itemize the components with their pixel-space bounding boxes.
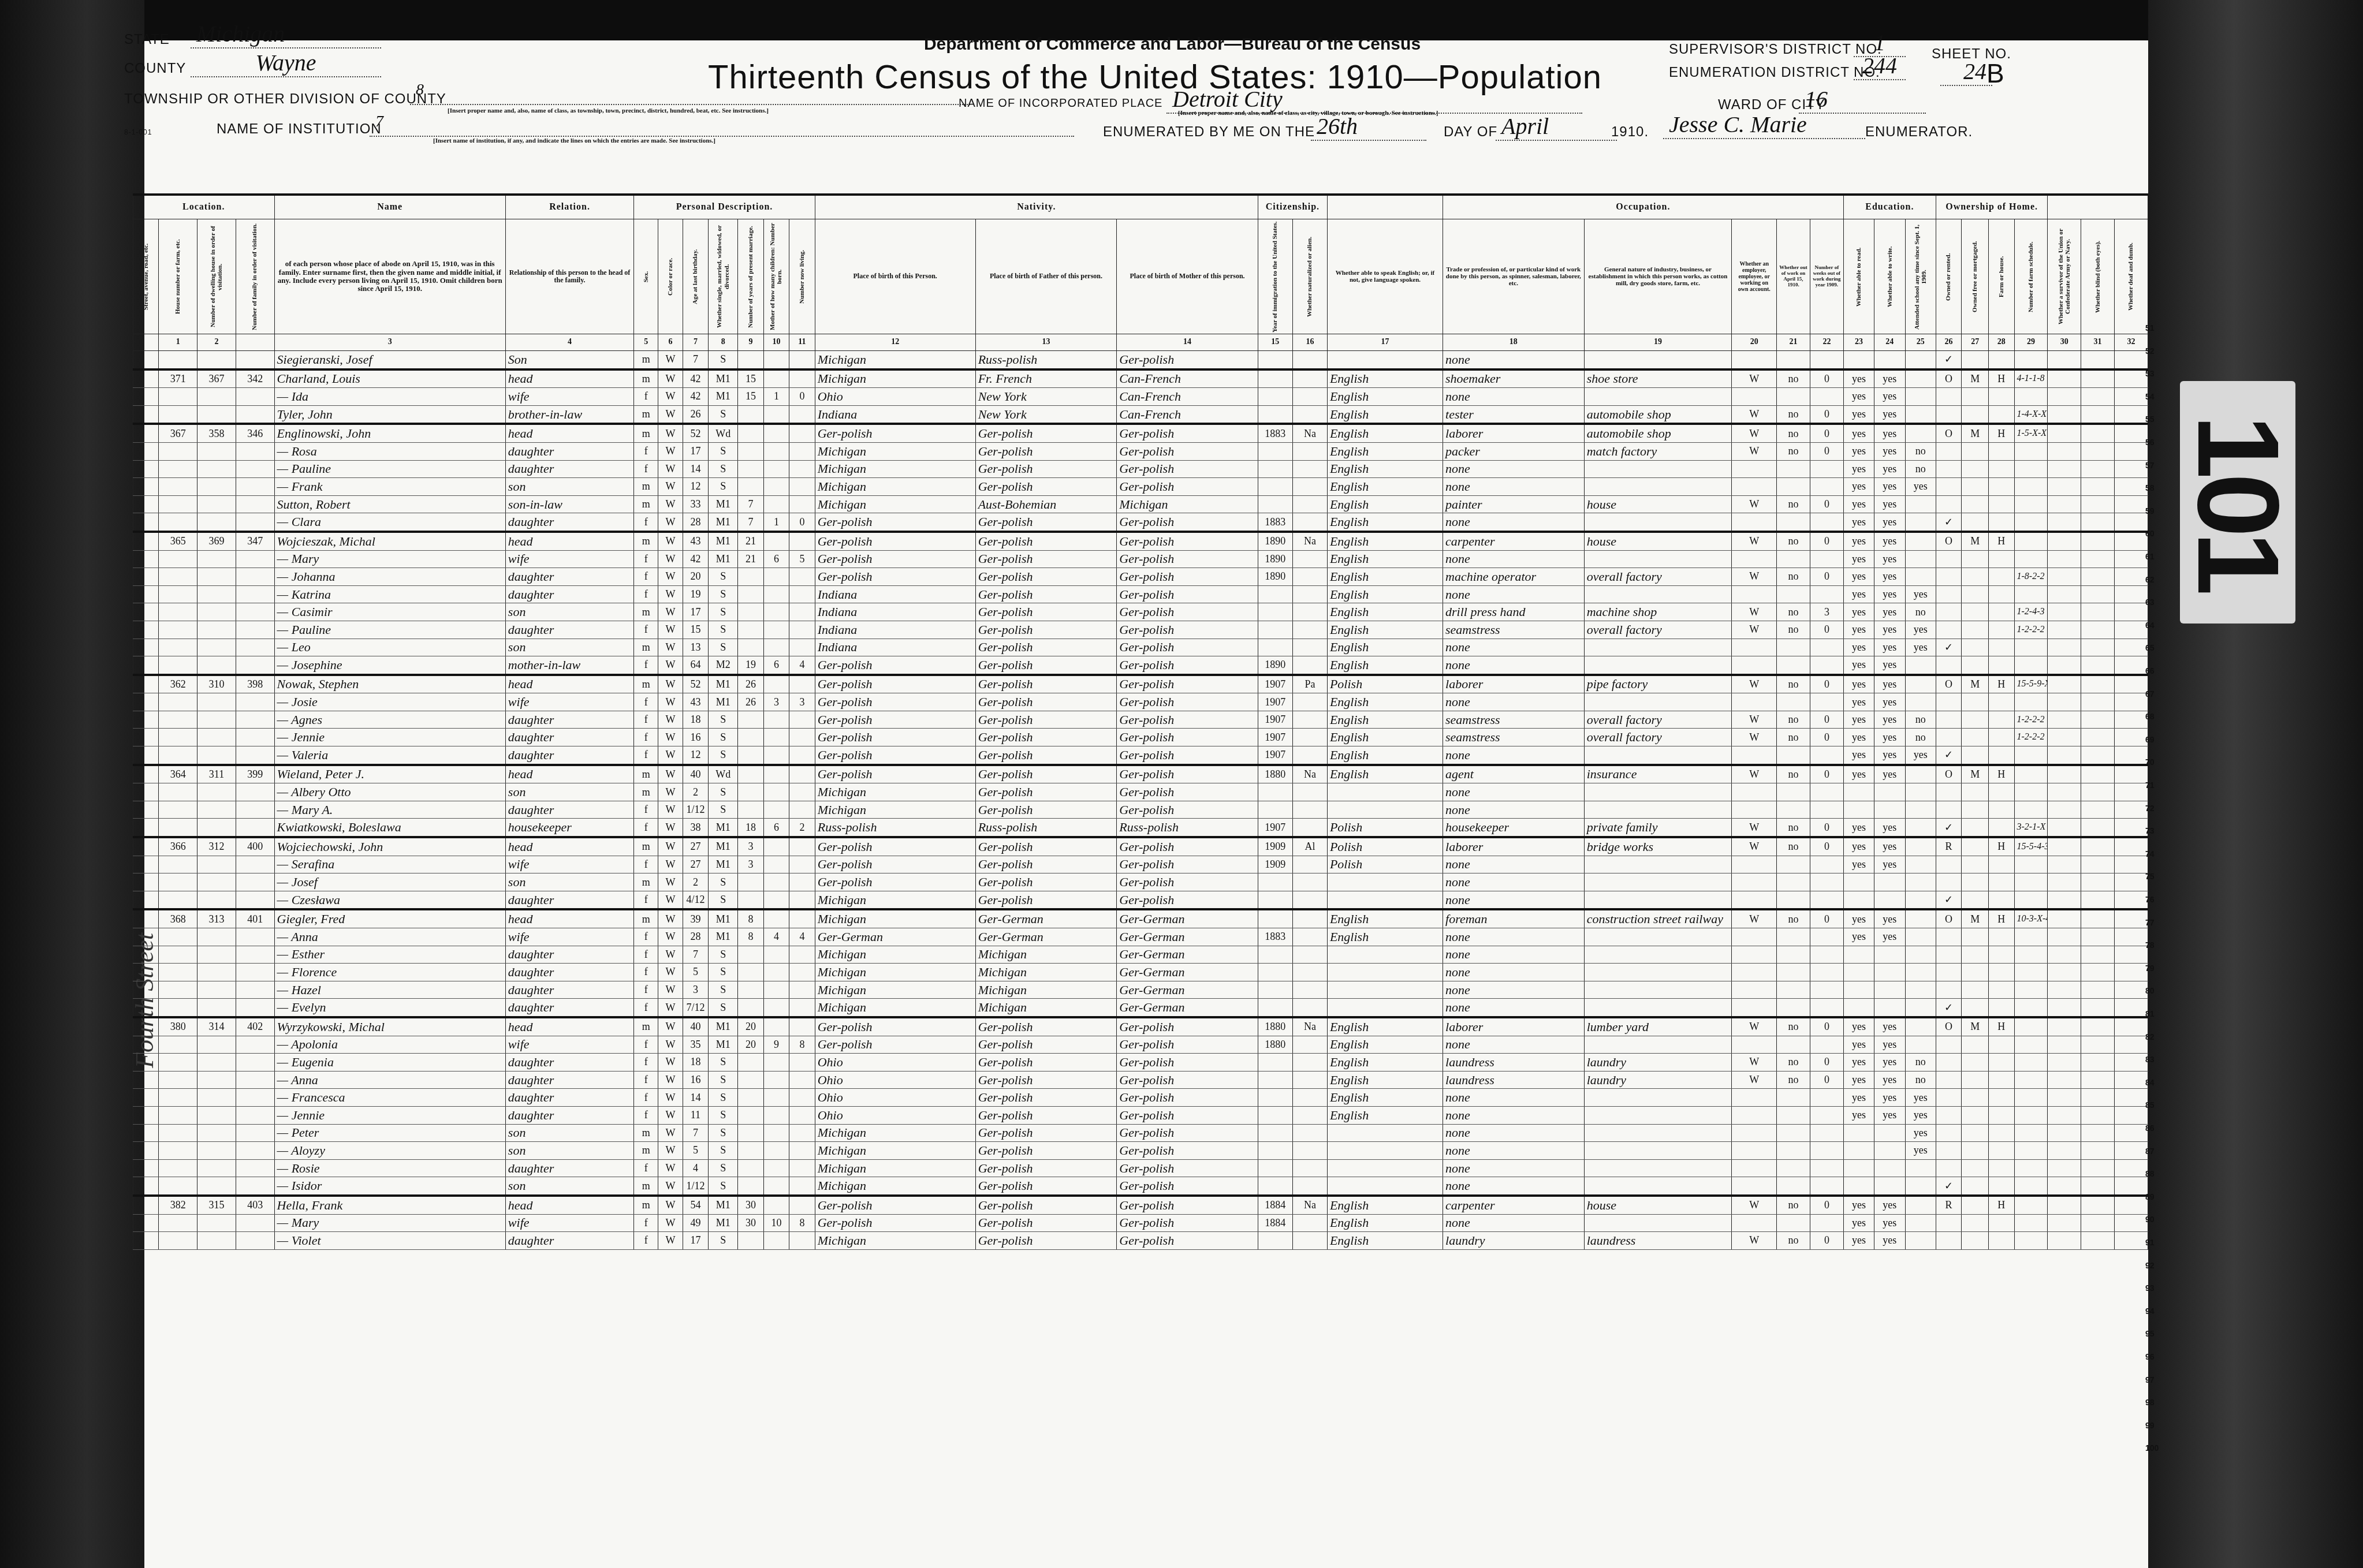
cell-school [1905,693,1936,711]
cell-school: yes [1905,1106,1936,1124]
cell-sched [2014,656,2048,675]
cell-emp: W [1732,675,1777,693]
cell-emp: W [1732,1054,1777,1072]
cell-family [236,405,274,424]
census-row: — AloyzysonmW5SMichiganGer-polishGer-pol… [133,1142,2148,1160]
cell-marital: S [709,639,738,656]
cell-sex: m [634,1124,658,1142]
cell-school [1905,964,1936,981]
cell-marital: M1 [709,675,738,693]
col-sex: Sex. [634,219,658,334]
cell-street [133,1196,159,1214]
line-number: 95 [2145,1329,2155,1338]
cell-out [1777,946,1810,964]
cell-fatherbirth: Ger-polish [975,603,1117,621]
cell-name: — Apolonia [274,1036,505,1054]
cell-nat [1292,405,1327,424]
cell-farm [1989,603,2014,621]
cell-school: yes [1905,1142,1936,1160]
cell-yrsmarried [738,478,763,496]
cell-trade: seamstress [1443,711,1585,729]
census-row: Sutton, Robertson-in-lawmW33M17MichiganA… [133,495,2148,513]
cell-d [2114,891,2148,909]
cell-sched [2014,856,2048,873]
census-row: — MarywifefW42M12165Ger-polishGer-polish… [133,550,2148,568]
cell-v [2048,783,2081,801]
cell-yrsmarried [738,765,763,783]
cell-living [789,532,815,550]
cell-industry [1584,1124,1732,1142]
cell-industry: automobile shop [1584,424,1732,442]
enumerated-label: Enumerated by me on the [1103,124,1315,140]
cell-emp: W [1732,603,1777,621]
cell-house: 362 [159,675,197,693]
cell-school [1905,909,1936,928]
cell-v [2048,442,2081,460]
cell-trade: none [1443,964,1585,981]
cell-farm [1989,1232,2014,1250]
enumerated-day: 26th [1311,113,1426,141]
cell-yrsmarried [738,729,763,746]
cell-own [1936,1214,1961,1232]
cell-sex: f [634,891,658,909]
cell-family [236,1159,274,1177]
cell-write [1874,801,1905,819]
cell-english: English [1327,405,1443,424]
cell-farm [1989,1214,2014,1232]
cell-nat [1292,909,1327,928]
cell-out [1777,801,1810,819]
cell-free [1962,693,1989,711]
cell-race: W [658,1124,683,1142]
cell-marital: S [709,1089,738,1107]
cell-own [1936,1054,1961,1072]
cell-farm: H [1989,837,2014,856]
cell-own [1936,1036,1961,1054]
col-years-married: Number of years of present marriage. [738,219,763,334]
cell-house [159,981,197,999]
column-number: 31 [2081,334,2115,351]
cell-house [159,442,197,460]
cell-trade: none [1443,1089,1585,1107]
cell-relation: daughter [505,999,633,1017]
cell-trade: foreman [1443,909,1585,928]
column-number: 28 [1989,334,2014,351]
cell-yrsmarried [738,351,763,369]
cell-industry: machine shop [1584,603,1732,621]
cell-marital: M1 [709,1017,738,1036]
cell-relation: head [505,424,633,442]
line-number: 91 [2145,1238,2155,1247]
cell-race: W [658,495,683,513]
cell-born [763,1177,789,1196]
cell-write [1874,1124,1905,1142]
cell-family [236,1089,274,1107]
cell-free: M [1962,909,1989,928]
cell-born [763,568,789,586]
cell-street [133,532,159,550]
cell-industry: overall factory [1584,621,1732,639]
cell-school [1905,550,1936,568]
cell-name: — Esther [274,946,505,964]
cell-race: W [658,442,683,460]
cell-house [159,513,197,532]
cell-dwelling [197,856,236,873]
line-number: 99 [2145,1421,2155,1430]
cell-motherbirth: Ger-German [1117,928,1258,946]
cell-v [2048,1124,2081,1142]
cell-free [1962,1159,1989,1177]
cell-immig [1258,460,1292,478]
cell-b [2081,1036,2115,1054]
cell-free [1962,388,1989,406]
line-number: 65 [2145,643,2155,652]
cell-dwelling [197,964,236,981]
cell-name: Wieland, Peter J. [274,765,505,783]
cell-yrsmarried: 20 [738,1017,763,1036]
census-row: — JosiewifefW43M12633Ger-polishGer-polis… [133,693,2148,711]
cell-trade: none [1443,550,1585,568]
cell-born [763,1017,789,1036]
cell-nat [1292,1106,1327,1124]
cell-living [789,495,815,513]
line-number: 66 [2145,666,2155,675]
cell-trade: none [1443,1177,1585,1196]
cell-own [1936,783,1961,801]
census-row: Tyler, Johnbrother-in-lawmW26SIndianaNew… [133,405,2148,424]
cell-d [2114,1054,2148,1072]
group-personal: Personal Description. [634,195,815,219]
cell-industry [1584,1159,1732,1177]
cell-read [1843,891,1874,909]
cell-motherbirth: Ger-German [1117,999,1258,1017]
cell-b [2081,999,2115,1017]
cell-race: W [658,1017,683,1036]
cell-v [2048,1017,2081,1036]
cell-free [1962,873,1989,891]
cell-industry: bridge works [1584,837,1732,856]
cell-house: 371 [159,369,197,388]
cell-v [2048,369,2081,388]
cell-farm [1989,639,2014,656]
cell-name: — Czesława [274,891,505,909]
cell-motherbirth: Can-French [1117,405,1258,424]
cell-marital: S [709,873,738,891]
cell-marital: S [709,1071,738,1089]
cell-own [1936,442,1961,460]
cell-motherbirth: Ger-polish [1117,873,1258,891]
cell-sex: m [634,424,658,442]
cell-farm [1989,442,2014,460]
cell-english: English [1327,928,1443,946]
cell-race: W [658,405,683,424]
cell-marital: M1 [709,819,738,837]
cell-own: ✓ [1936,351,1961,369]
cell-dwelling [197,495,236,513]
cell-school [1905,513,1936,532]
cell-immig: 1890 [1258,656,1292,675]
line-number: 88 [2145,1169,2155,1178]
cell-immig [1258,891,1292,909]
cell-b [2081,1017,2115,1036]
cell-relation: son [505,1142,633,1160]
column-number: 18 [1443,334,1585,351]
institution-instructions: [Insert name of institution, if any, and… [433,137,715,144]
cell-weeks: 0 [1810,442,1843,460]
cell-street [133,621,159,639]
cell-fatherbirth: Ger-polish [975,1159,1117,1177]
cell-read: yes [1843,1196,1874,1214]
cell-industry: insurance [1584,765,1732,783]
cell-v [2048,568,2081,586]
cell-name: Charland, Louis [274,369,505,388]
cell-name: Giegler, Fred [274,909,505,928]
col-children-living: Number now living. [789,219,815,334]
cell-write: yes [1874,837,1905,856]
cell-name: — Eugenia [274,1054,505,1072]
cell-age: 11 [683,1106,708,1124]
cell-nat [1292,729,1327,746]
cell-sex: f [634,656,658,675]
cell-race: W [658,513,683,532]
cell-nat [1292,1142,1327,1160]
cell-street [133,369,159,388]
cell-school [1905,495,1936,513]
cell-free [1962,964,1989,981]
group-citizenship: Citizenship. [1258,195,1327,219]
cell-age: 7/12 [683,999,708,1017]
cell-race: W [658,891,683,909]
cell-trade: housekeeper [1443,819,1585,837]
cell-born [763,585,789,603]
cell-relation: daughter [505,1089,633,1107]
cell-yrsmarried: 30 [738,1214,763,1232]
cell-marital: M1 [709,837,738,856]
cell-nat [1292,711,1327,729]
enumerator-name: Jesse C. Marie [1663,111,1865,139]
cell-v [2048,656,2081,675]
cell-name: — Mary [274,550,505,568]
cell-trade: drill press hand [1443,603,1585,621]
cell-sex: m [634,1017,658,1036]
cell-house [159,585,197,603]
cell-dwelling [197,478,236,496]
cell-family [236,1232,274,1250]
line-number: 75 [2145,872,2155,881]
cell-weeks: 3 [1810,603,1843,621]
cell-write: yes [1874,388,1905,406]
cell-dwelling: 315 [197,1196,236,1214]
cell-living [789,621,815,639]
cell-motherbirth: Ger-polish [1117,478,1258,496]
cell-write: yes [1874,856,1905,873]
cell-sched [2014,693,2048,711]
group-name: Name [274,195,505,219]
cell-fatherbirth: Ger-polish [975,1017,1117,1036]
cell-yrsmarried: 19 [738,656,763,675]
cell-immig [1258,801,1292,819]
census-row: 366312400Wojciechowski, JohnheadmW27M13G… [133,837,2148,856]
cell-emp: W [1732,1071,1777,1089]
cell-relation: wife [505,550,633,568]
cell-own [1936,801,1961,819]
cell-born: 4 [763,928,789,946]
cell-birth: Ger-polish [815,1036,975,1054]
cell-b [2081,1106,2115,1124]
cell-sched [2014,999,2048,1017]
cell-b [2081,1177,2115,1196]
cell-out: no [1777,1017,1810,1036]
cell-street [133,1214,159,1232]
cell-house [159,1232,197,1250]
cell-read [1843,981,1874,999]
cell-immig [1258,1124,1292,1142]
cell-out [1777,585,1810,603]
cell-motherbirth: Ger-polish [1117,1214,1258,1232]
cell-age: 1/12 [683,801,708,819]
cell-street [133,388,159,406]
cell-marital: S [709,1159,738,1177]
cell-farm [1989,1036,2014,1054]
cell-name: — Anna [274,1071,505,1089]
cell-living [789,1196,815,1214]
cell-living [789,964,815,981]
cell-v [2048,603,2081,621]
cell-english: English [1327,656,1443,675]
cell-family [236,621,274,639]
enumerated-month: April [1496,113,1617,141]
cell-born [763,1106,789,1124]
cell-trade: carpenter [1443,532,1585,550]
cell-age: 17 [683,442,708,460]
column-number: 23 [1843,334,1874,351]
cell-race: W [658,639,683,656]
cell-house [159,783,197,801]
column-number: 20 [1732,334,1777,351]
cell-fatherbirth: Ger-polish [975,783,1117,801]
cell-street [133,1106,159,1124]
cell-sex: f [634,729,658,746]
cell-farm [1989,550,2014,568]
census-row: — ClaradaughterfW28M1710Ger-polishGer-po… [133,513,2148,532]
cell-trade: laundress [1443,1054,1585,1072]
cell-emp: W [1732,1196,1777,1214]
cell-sched [2014,1124,2048,1142]
cell-yrsmarried [738,1054,763,1072]
cell-street [133,856,159,873]
cell-v [2048,819,2081,837]
cell-immig [1258,351,1292,369]
cell-out [1777,1177,1810,1196]
cell-motherbirth: Ger-polish [1117,424,1258,442]
cell-immig: 1907 [1258,819,1292,837]
cell-born [763,837,789,856]
cell-english: English [1327,729,1443,746]
cell-house [159,1177,197,1196]
cell-name: — Valeria [274,746,505,765]
cell-family [236,478,274,496]
cell-family [236,388,274,406]
cell-free [1962,1106,1989,1124]
cell-trade: none [1443,388,1585,406]
col-marital: Whether single, married, widowed, or div… [709,219,738,334]
cell-age: 5 [683,964,708,981]
cell-weeks: 0 [1810,532,1843,550]
cell-birth: Ger-polish [815,532,975,550]
cell-nat: Na [1292,1196,1327,1214]
cell-school: no [1905,1054,1936,1072]
cell-own [1936,928,1961,946]
cell-birth: Michigan [815,1159,975,1177]
cell-street [133,675,159,693]
cell-out [1777,928,1810,946]
cell-yrsmarried: 26 [738,693,763,711]
cell-nat [1292,351,1327,369]
cell-sex: m [634,532,658,550]
cell-industry [1584,1142,1732,1160]
col-language: Whether able to speak English; or, if no… [1327,219,1443,334]
cell-weeks [1810,1124,1843,1142]
cell-birth: Michigan [815,783,975,801]
column-number: 30 [2048,334,2081,351]
cell-born: 6 [763,656,789,675]
cell-read: yes [1843,856,1874,873]
line-number: 96 [2145,1352,2155,1361]
cell-house [159,946,197,964]
cell-out [1777,873,1810,891]
cell-sex: m [634,837,658,856]
cell-read: yes [1843,746,1874,765]
cell-marital: S [709,603,738,621]
cell-family [236,1177,274,1196]
cell-living [789,746,815,765]
cell-out: no [1777,1196,1810,1214]
cell-street [133,478,159,496]
cell-born: 6 [763,819,789,837]
cell-relation: brother-in-law [505,405,633,424]
cell-farm [1989,928,2014,946]
cell-write [1874,891,1905,909]
cell-sched [2014,460,2048,478]
cell-english: English [1327,1214,1443,1232]
cell-weeks [1810,1142,1843,1160]
col-immigration-year: Year of immigration to the United States… [1258,219,1292,334]
cell-b [2081,801,2115,819]
cell-school [1905,819,1936,837]
cell-house [159,873,197,891]
cell-dwelling [197,550,236,568]
cell-family [236,711,274,729]
cell-sched [2014,1196,2048,1214]
cell-fatherbirth: Ger-polish [975,1036,1117,1054]
cell-birth: Ger-polish [815,711,975,729]
cell-house: 380 [159,1017,197,1036]
cell-industry [1584,873,1732,891]
cell-immig: 1883 [1258,424,1292,442]
cell-b [2081,856,2115,873]
cell-emp: W [1732,711,1777,729]
cell-marital: S [709,891,738,909]
cell-d [2114,1196,2148,1214]
cell-age: 7 [683,351,708,369]
cell-read: yes [1843,729,1874,746]
col-dwelling: Number of dwelling house in order of vis… [197,219,236,334]
cell-d [2114,532,2148,550]
cell-out: no [1777,711,1810,729]
cell-d [2114,746,2148,765]
cell-family [236,1106,274,1124]
cell-family [236,442,274,460]
